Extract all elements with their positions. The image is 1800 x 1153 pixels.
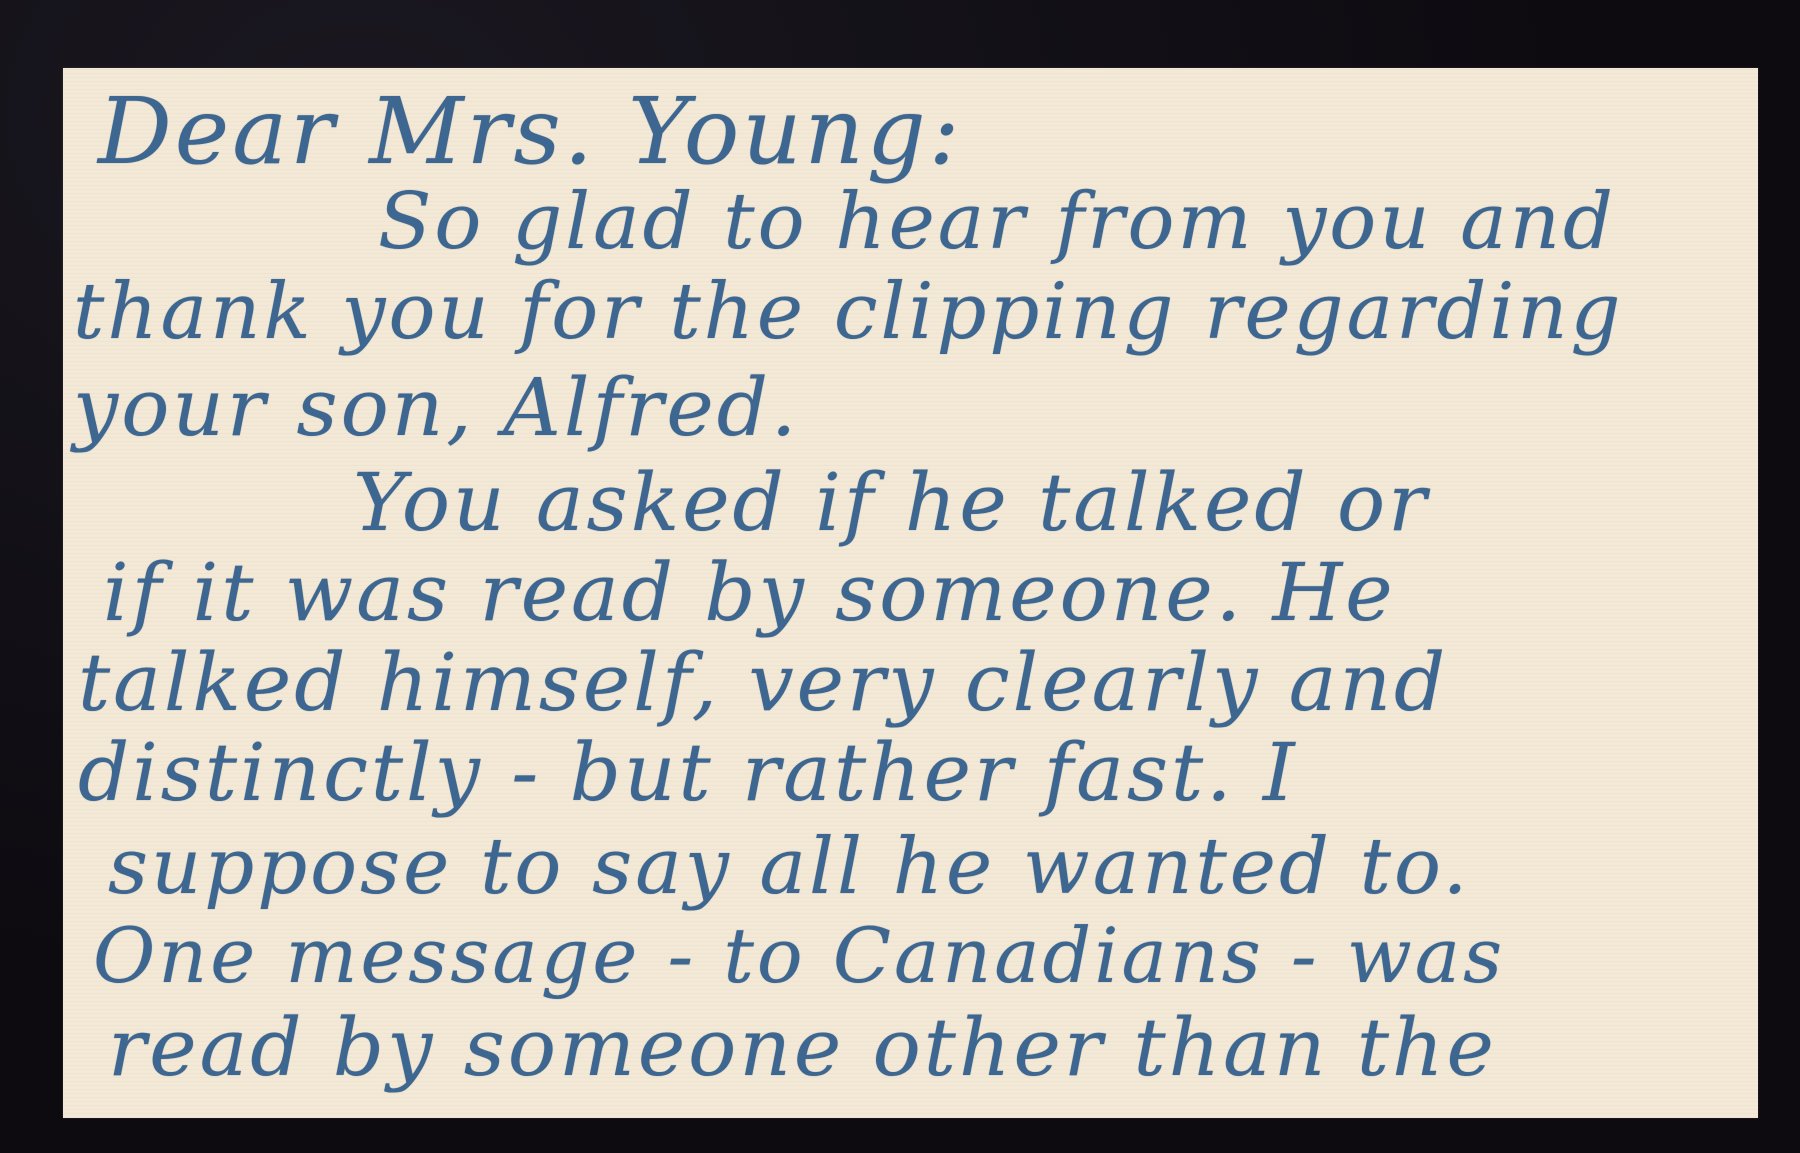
letter-line: read by someone other than the <box>108 1008 1497 1088</box>
letter-line: talked himself, very clearly and <box>78 643 1448 723</box>
letter-line: thank you for the clipping regarding <box>73 273 1623 351</box>
letter-line: So glad to hear from you and <box>378 183 1616 261</box>
letter-line: You asked if he talked or <box>353 463 1429 543</box>
letter-line: One message - to Canadians - was <box>93 918 1505 994</box>
note-card: Dear Mrs. Young: So glad to hear from yo… <box>63 68 1758 1118</box>
letter-line: your son, Alfred. <box>73 368 799 448</box>
salutation-line: Dear Mrs. Young: <box>98 86 963 178</box>
letter-line: suppose to say all he wanted to. <box>108 828 1470 906</box>
letter-line: distinctly - but rather fast. I <box>78 733 1298 813</box>
letter-line: if it was read by someone. He <box>103 553 1396 633</box>
